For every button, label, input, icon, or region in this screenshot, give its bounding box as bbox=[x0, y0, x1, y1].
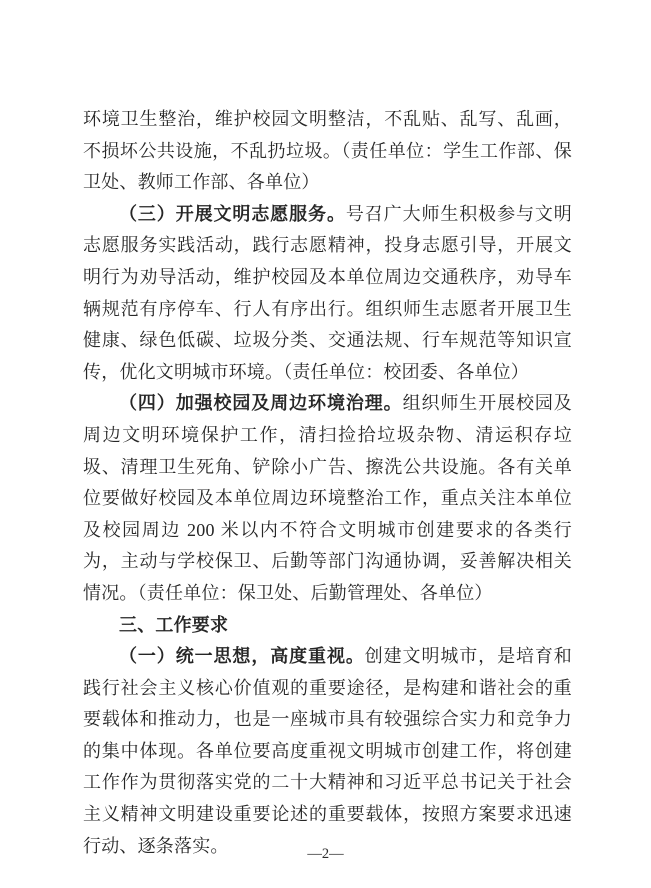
paragraph-item-3: （三）开展文明志愿服务。号召广大师生积极参与文明志愿服务实践活动，践行志愿精神，… bbox=[83, 199, 572, 389]
paragraph-text: 环境卫生整治，维护校园文明整洁，不乱贴、乱写、乱画，不损坏公共设施，不乱扔垃圾。… bbox=[83, 109, 572, 192]
paragraph-item-1: （一）统一思想，高度重视。创建文明城市，是培育和践行社会主义核心价值观的重要途径… bbox=[83, 641, 572, 862]
section-heading-text: 三、工作要求 bbox=[119, 615, 228, 635]
paragraph-bold-lead: （三）开展文明志愿服务。 bbox=[119, 204, 346, 224]
paragraph-item-4: （四）加强校园及周边环境治理。组织师生开展校园及周边文明环境保护工作，清扫捡拾垃… bbox=[83, 388, 572, 609]
paragraph-bold-lead: （一）统一思想，高度重视。 bbox=[119, 646, 365, 666]
page-number: —2— bbox=[307, 846, 343, 862]
paragraph-text: 创建文明城市，是培育和践行社会主义核心价值观的重要途径，是构建和谐社会的重要载体… bbox=[83, 646, 572, 856]
paragraph-continuation: 环境卫生整治，维护校园文明整洁，不乱贴、乱写、乱画，不损坏公共设施，不乱扔垃圾。… bbox=[83, 104, 572, 199]
paragraph-bold-lead: （四）加强校园及周边环境治理。 bbox=[119, 393, 403, 413]
paragraph-text: 组织师生开展校园及周边文明环境保护工作，清扫捡拾垃圾杂物、清运积存垃圾、清理卫生… bbox=[83, 393, 572, 603]
paragraph-text: 号召广大师生积极参与文明志愿服务实践活动，践行志愿精神，投身志愿引导，开展文明行… bbox=[83, 204, 572, 382]
document-page: 环境卫生整治，维护校园文明整洁，不乱贴、乱写、乱画，不损坏公共设施，不乱扔垃圾。… bbox=[0, 0, 651, 888]
section-heading: 三、工作要求 bbox=[83, 610, 572, 642]
page-footer: —2— bbox=[0, 846, 651, 863]
document-body: 环境卫生整治，维护校园文明整洁，不乱贴、乱写、乱画，不损坏公共设施，不乱扔垃圾。… bbox=[83, 104, 572, 862]
